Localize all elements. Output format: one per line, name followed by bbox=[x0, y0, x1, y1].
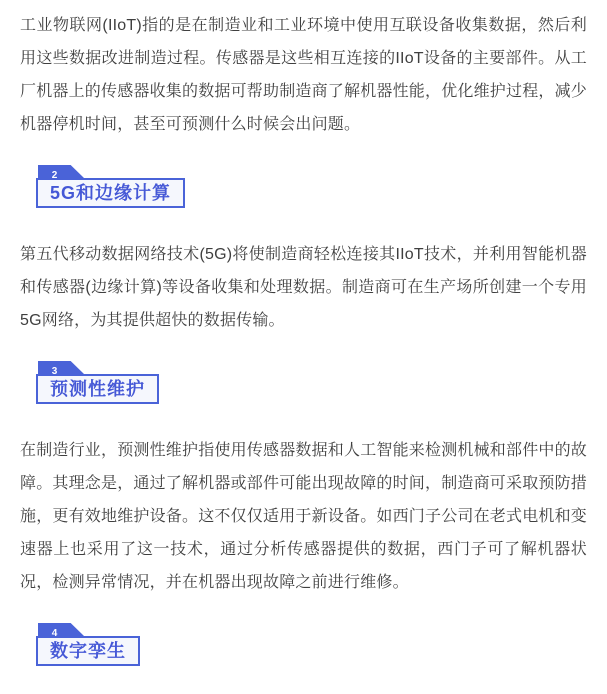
section-title: 预测性维护 bbox=[36, 374, 159, 404]
paragraph-5g-edge: 第五代移动数据网络技术(5G)将使制造商轻松连接其IIoT技术，并利用智能机器和… bbox=[20, 238, 587, 337]
section-heading-predictive-maintenance: 3 预测性维护 bbox=[36, 361, 587, 404]
article-page: 工业物联网(IIoT)指的是在制造业和工业环境中使用互联设备收集数据，然后利用这… bbox=[0, 0, 607, 694]
section-title-row: 预测性维护 bbox=[36, 374, 587, 404]
section-title: 数字孪生 bbox=[36, 636, 140, 666]
section-title-row: 5G和边缘计算 bbox=[36, 178, 587, 208]
section-number-tab: 2 bbox=[38, 165, 84, 178]
section-number-tab: 4 bbox=[38, 623, 84, 636]
section-title: 5G和边缘计算 bbox=[36, 178, 185, 208]
paragraph-iiot: 工业物联网(IIoT)指的是在制造业和工业环境中使用互联设备收集数据，然后利用这… bbox=[20, 9, 587, 141]
section-heading-digital-twin: 4 数字孪生 bbox=[36, 623, 587, 666]
section-heading-5g-edge: 2 5G和边缘计算 bbox=[36, 165, 587, 208]
section-number-tab: 3 bbox=[38, 361, 84, 374]
paragraph-predictive-maintenance: 在制造行业，预测性维护指使用传感器数据和人工智能来检测机械和部件中的故障。其理念… bbox=[20, 434, 587, 599]
section-title-row: 数字孪生 bbox=[36, 636, 587, 666]
